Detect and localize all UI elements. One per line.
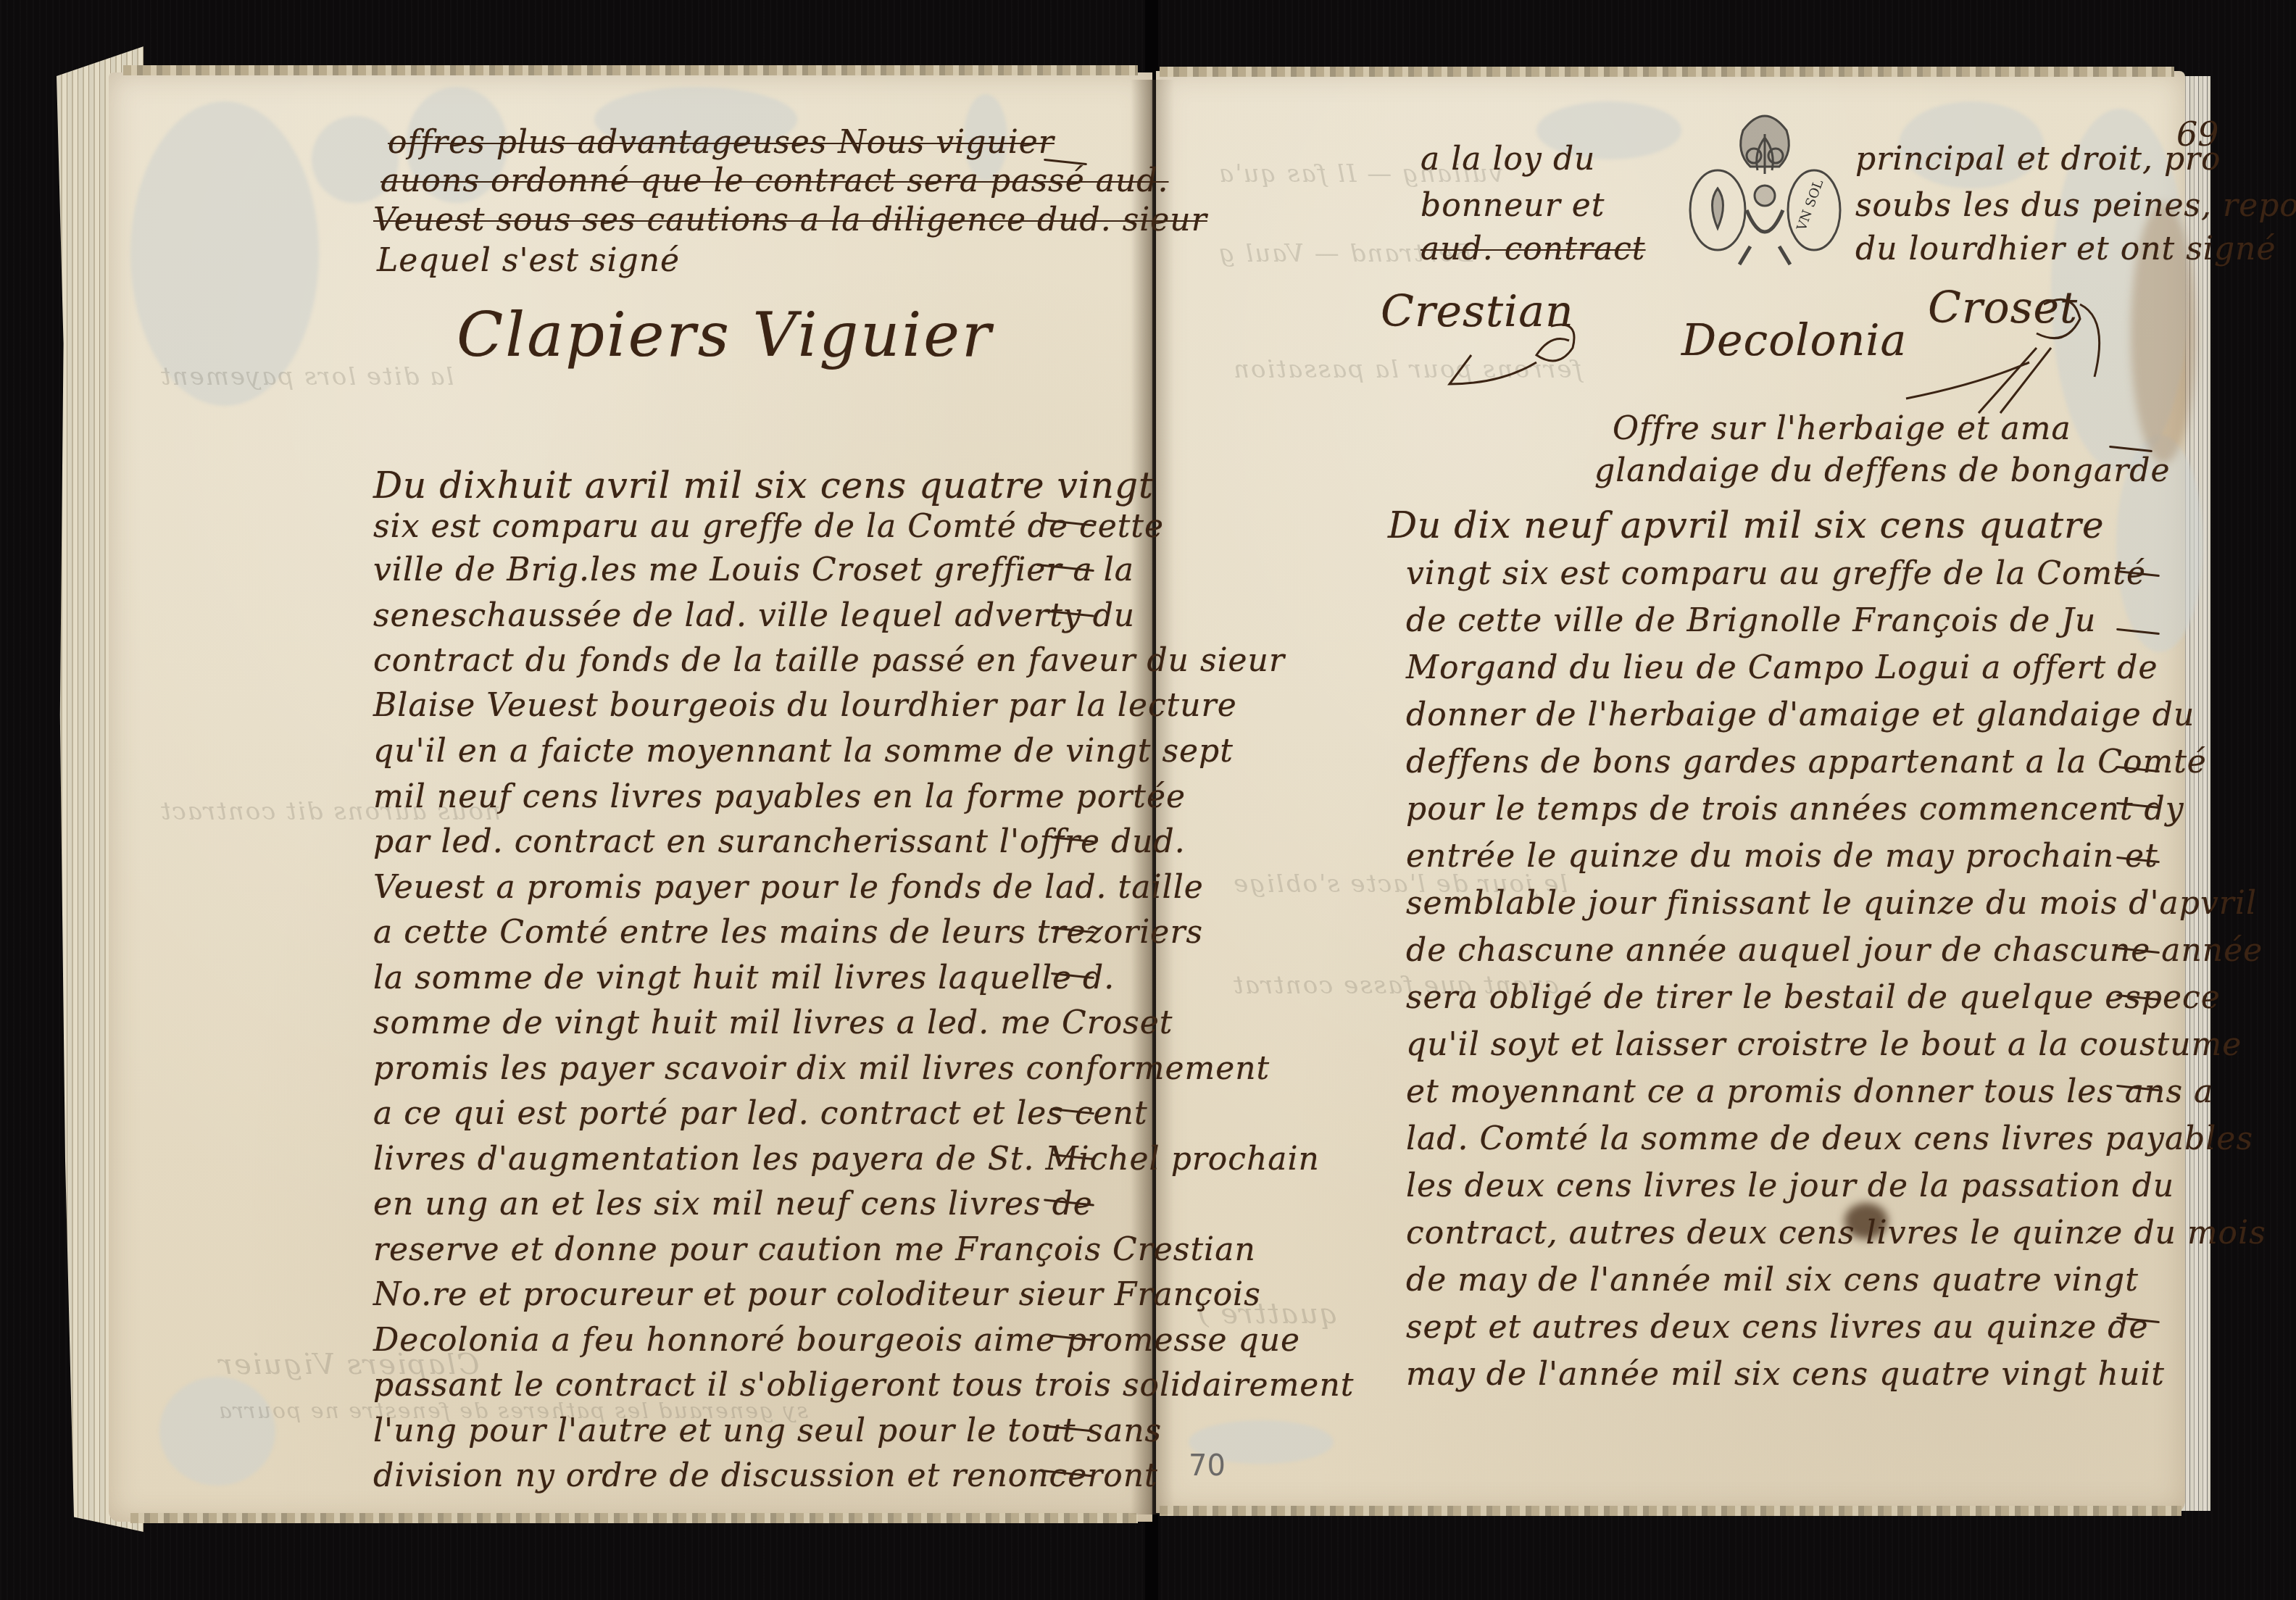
right-body-line-14: lad. Comté la somme de deux cens livres … — [1406, 1123, 2253, 1155]
right-body-line-5: donner de l'herbaige d'amaige et glandai… — [1406, 699, 2195, 731]
right-top-right-line-2: soubs les dus peines, repo — [1855, 190, 2296, 222]
left-body-line-3: ville de Brig.les me Louis Croset greffi… — [373, 554, 1134, 586]
left-body-line-14: promis les payer scavoir dix mil livres … — [373, 1053, 1270, 1085]
entry-heading-line-1: Offre sur l'herbaige et ama — [1613, 413, 2071, 445]
right-body-line-15: les deux cens livres le jour de la passa… — [1406, 1170, 2174, 1202]
right-body-line-2: vingt six est comparu au greffe de la Co… — [1406, 558, 2146, 590]
left-body-line-19: No.re et procureur et pour coloditeur si… — [373, 1279, 1261, 1311]
left-body-line-20: Decolonia a feu honnoré bourgeois aime p… — [373, 1325, 1300, 1357]
left-top-line-1: offres plus advantageuses Nous viguier — [388, 127, 1055, 159]
left-body-line-11: a cette Comté entre les mains de leurs t… — [373, 917, 1203, 949]
right-body-line-12: qu'il soyt et laisser croistre le bout a… — [1406, 1029, 2242, 1061]
right-body-line-6: deffens de bons gardes appartenant a la … — [1406, 746, 2207, 778]
signature-paraph-icon — [1892, 275, 2138, 420]
right-body-line-16: contract, autres deux cens livres le qui… — [1406, 1217, 2266, 1249]
right-page-bottom-edge — [1160, 1506, 2181, 1516]
bleed-through-text: la dite lors payement — [159, 362, 454, 391]
right-page-top-edge — [1160, 67, 2174, 77]
right-body-line-9: semblable jour finissant le quinze du mo… — [1406, 888, 2257, 920]
fleur-de-lis-stamp-icon: VN SOL — [1685, 101, 1844, 275]
signature-decolonia: Decolonia — [1681, 319, 1907, 362]
left-body-line-12: la somme de vingt huit mil livres laquel… — [373, 962, 1115, 994]
left-top-line-4: Lequel s'est signé — [377, 245, 680, 277]
right-body-line-7: pour le temps de trois années commencent… — [1406, 793, 2184, 825]
right-body-line-19: may de l'année mil six cens quatre vingt… — [1406, 1359, 2165, 1391]
right-top-right-line-3: du lourdhier et ont signé — [1855, 233, 2276, 265]
right-body-line-3: de cette ville de Brignolle François de … — [1406, 605, 2096, 637]
entry-heading-line-2: glandaige du deffens de bongarde — [1594, 455, 2171, 487]
right-top-left-line-1: a la loy du — [1421, 143, 1595, 175]
left-body-line-15: a ce qui est porté par led. contract et … — [373, 1098, 1148, 1130]
right-top-left-line-2: bonneur et — [1421, 190, 1605, 222]
left-body-line-6: Blaise Veuest bourgeois du lourdhier par… — [373, 690, 1237, 722]
left-body-line-16: livres d'augmentation les payera de St. … — [373, 1143, 1320, 1175]
pencil-page-number: 70 — [1189, 1449, 1226, 1483]
left-page-top-edge — [123, 65, 1138, 75]
left-body-line-23: division ny ordre de discussion et renon… — [373, 1460, 1158, 1492]
water-stain — [130, 101, 319, 406]
right-body-line-11: sera obligé de tirer le bestail de quelq… — [1406, 982, 2221, 1014]
left-body-line-17: en ung an et les six mil neuf cens livre… — [373, 1188, 1093, 1220]
left-body-line-22: l'ung pour l'autre et ung seul pour le t… — [373, 1415, 1162, 1447]
left-body-line-2: six est comparu au greffe de la Comté de… — [373, 511, 1164, 543]
left-body-line-9: par led. contract en surancherissant l'o… — [373, 826, 1186, 858]
left-body-line-13: somme de vingt huit mil livres a led. me… — [373, 1007, 1173, 1039]
right-body-line-1: Du dix neuf apvril mil six cens quatre — [1388, 507, 2105, 543]
left-body-line-21: passant le contract il s'obligeront tous… — [373, 1370, 1354, 1401]
right-top-left-line-3: aud. contract — [1421, 233, 1645, 265]
left-body-line-10: Veuest a promis payer pour le fonds de l… — [373, 872, 1204, 904]
left-body-line-4: seneschaussée de lad. ville lequel adver… — [373, 600, 1135, 632]
left-top-line-3: Veuest sous ses cautions a la diligence … — [373, 204, 1207, 236]
left-body-line-8: mil neuf cens livres payables en la form… — [373, 781, 1186, 813]
left-top-line-2: auons ordonné que le contract sera passé… — [380, 165, 1168, 197]
right-body-line-8: entrée le quinze du mois de may prochain… — [1406, 841, 2158, 872]
svg-text:VN SOL: VN SOL — [1794, 178, 1826, 233]
right-body-line-17: de may de l'année mil six cens quatre vi… — [1406, 1264, 2139, 1296]
signature-paraph-icon — [1442, 312, 1602, 391]
left-page-bottom-edge — [130, 1513, 1138, 1523]
left-body-line-18: reserve et donne pour caution me Françoi… — [373, 1234, 1256, 1266]
water-stain — [159, 1377, 275, 1486]
revenue-stamp: VN SOL — [1685, 101, 1844, 275]
right-body-line-18: sept et autres deux cens livres au quinz… — [1406, 1312, 2149, 1343]
left-body-line-1: Du dixhuit avril mil six cens quatre vin… — [373, 467, 1154, 504]
left-body-line-7: qu'il en a faicte moyennant la somme de … — [373, 736, 1234, 767]
right-body-line-4: Morgand du lieu de Campo Logui a offert … — [1406, 652, 2158, 684]
right-top-right-line-1: principal et droit, pro — [1855, 143, 2221, 175]
left-body-line-5: contract du fonds de la taille passé en … — [373, 645, 1285, 677]
signature-clapiers-viguier: Clapiers Viguier — [457, 304, 993, 365]
right-body-line-13: et moyennant ce a promis donner tous les… — [1406, 1076, 2213, 1108]
